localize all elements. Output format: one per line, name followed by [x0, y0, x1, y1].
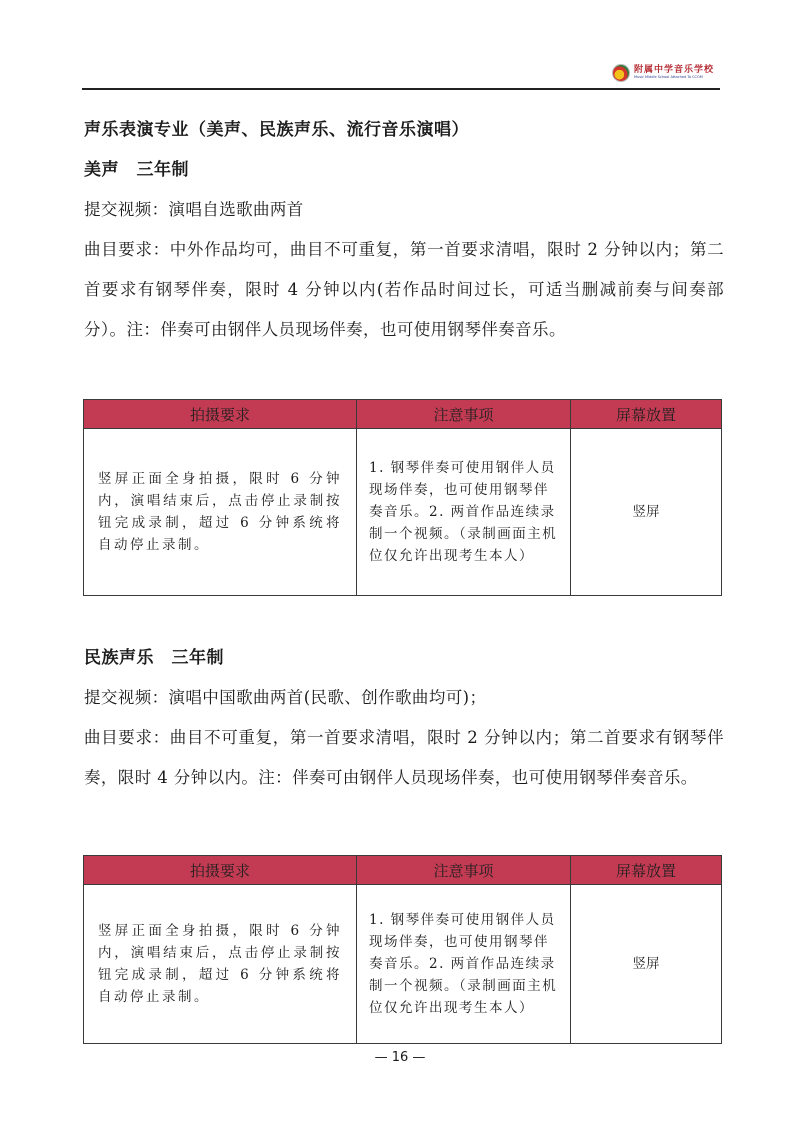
- bel-canto-table: 拍摄要求 注意事项 屏幕放置 竖屏正面全身拍摄，限时 6 分钟内，演唱结束后，点…: [83, 399, 722, 596]
- bel-canto-video: 提交视频：演唱自选歌曲两首: [84, 190, 724, 230]
- school-emblem-icon: [612, 64, 630, 82]
- cell-notes: 1. 钢琴伴奏可使用钢伴人员现场伴奏，也可使用钢琴伴奏音乐。2. 两首作品连续录…: [357, 429, 571, 596]
- table-row: 竖屏正面全身拍摄，限时 6 分钟内，演唱结束后，点击停止录制按钮完成录制，超过 …: [84, 429, 722, 596]
- header-screen: 屏幕放置: [571, 400, 722, 429]
- folk-section: 民族声乐 三年制 提交视频：演唱中国歌曲两首(民歌、创作歌曲均可)； 曲目要求：…: [84, 638, 724, 798]
- cell-shooting: 竖屏正面全身拍摄，限时 6 分钟内，演唱结束后，点击停止录制按钮完成录制，超过 …: [84, 885, 357, 1044]
- table-header-row: 拍摄要求 注意事项 屏幕放置: [84, 400, 722, 429]
- header-shooting: 拍摄要求: [84, 856, 357, 885]
- table-row: 竖屏正面全身拍摄，限时 6 分钟内，演唱结束后，点击停止录制按钮完成录制，超过 …: [84, 885, 722, 1044]
- bel-canto-title: 美声 三年制: [84, 150, 724, 190]
- folk-video: 提交视频：演唱中国歌曲两首(民歌、创作歌曲均可)；: [84, 678, 724, 718]
- section-title: 声乐表演专业（美声、民族声乐、流行音乐演唱）: [84, 110, 724, 150]
- table-header-row: 拍摄要求 注意事项 屏幕放置: [84, 856, 722, 885]
- folk-table: 拍摄要求 注意事项 屏幕放置 竖屏正面全身拍摄，限时 6 分钟内，演唱结束后，点…: [83, 855, 722, 1044]
- logo-english-name: Music Middle School Attached To CCOM: [634, 76, 714, 80]
- header-shooting: 拍摄要求: [84, 400, 357, 429]
- cell-screen: 竖屏: [571, 429, 722, 596]
- page-header: 附属中学音乐学校 Music Middle School Attached To…: [82, 58, 720, 90]
- logo-chinese-name: 附属中学音乐学校: [634, 66, 714, 75]
- folk-requirement: 曲目要求：曲目不可重复，第一首要求清唱，限时 2 分钟以内；第二首要求有钢琴伴奏…: [84, 718, 724, 798]
- cell-shooting: 竖屏正面全身拍摄，限时 6 分钟内，演唱结束后，点击停止录制按钮完成录制，超过 …: [84, 429, 357, 596]
- cell-screen: 竖屏: [571, 885, 722, 1044]
- folk-title: 民族声乐 三年制: [84, 638, 724, 678]
- school-logo: 附属中学音乐学校 Music Middle School Attached To…: [612, 64, 714, 82]
- header-rule: [82, 88, 720, 90]
- page-number: — 16 —: [0, 1050, 800, 1065]
- header-screen: 屏幕放置: [571, 856, 722, 885]
- cell-notes: 1. 钢琴伴奏可使用钢伴人员现场伴奏，也可使用钢琴伴奏音乐。2. 两首作品连续录…: [357, 885, 571, 1044]
- header-notes: 注意事项: [357, 856, 571, 885]
- header-notes: 注意事项: [357, 400, 571, 429]
- bel-canto-requirement: 曲目要求：中外作品均可，曲目不可重复，第一首要求清唱，限时 2 分钟以内；第二首…: [84, 230, 724, 350]
- document-body: 声乐表演专业（美声、民族声乐、流行音乐演唱） 美声 三年制 提交视频：演唱自选歌…: [84, 110, 724, 350]
